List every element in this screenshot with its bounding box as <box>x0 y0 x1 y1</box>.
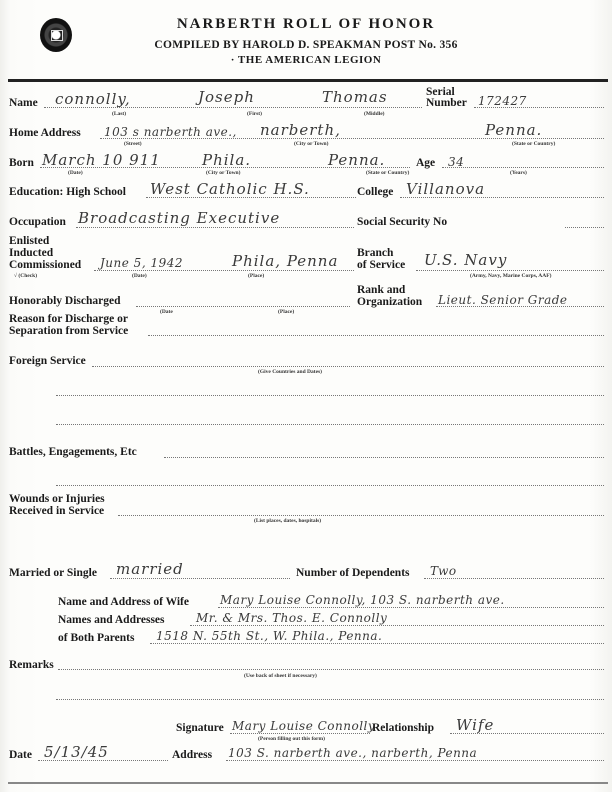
education-label: Education: High School <box>9 186 126 198</box>
branch-label-line1: Branch <box>357 247 393 259</box>
roll-of-honor-form: NARBERTH ROLL OF HONOR COMPILED BY HAROL… <box>0 0 612 792</box>
name-middle-hint: (Middle) <box>364 111 384 117</box>
high-school-value[interactable]: West Catholic H.S. <box>150 181 310 197</box>
name-last-value[interactable]: connolly, <box>55 91 131 107</box>
parents-line2-value[interactable]: 1518 N. 55th St., W. Phila., Penna. <box>156 628 382 644</box>
name-first-value[interactable]: Joseph <box>198 89 255 105</box>
age-label: Age <box>416 157 435 169</box>
born-date-hint: (Date) <box>68 170 83 176</box>
commissioned-label: Commissioned <box>9 259 81 271</box>
wounds-hint: (List places, dates, hospitals) <box>254 518 321 524</box>
name-label: Name <box>9 97 38 109</box>
marital-status-value[interactable]: married <box>116 561 184 577</box>
rank-label-line2: Organization <box>357 296 422 308</box>
branch-hint: (Army, Navy, Marine Corps, AAF) <box>470 273 551 279</box>
remarks-label: Remarks <box>9 659 54 671</box>
parents-line1-value[interactable]: Mr. & Mrs. Thos. E. Connolly <box>196 610 387 626</box>
signature-label: Signature <box>176 722 224 734</box>
rank-value[interactable]: Lieut. Senior Grade <box>438 292 568 308</box>
dependents-label: Number of Dependents <box>296 567 410 579</box>
street-hint: (Street) <box>124 141 142 147</box>
home-address-state-value[interactable]: Penna. <box>485 122 542 138</box>
remarks-hint: (Use back of sheet if necessary) <box>244 673 317 679</box>
address-label: Address <box>172 749 212 761</box>
wife-label: Name and Address of Wife <box>58 596 189 608</box>
discharge-date-hint: (Date <box>160 309 173 315</box>
born-city-hint: (City or Town) <box>206 170 240 176</box>
born-state-value[interactable]: Penna. <box>328 152 385 168</box>
form-organization: · THE AMERICAN LEGION <box>0 54 612 66</box>
social-security-label: Social Security No <box>357 216 447 228</box>
remarks-line-2[interactable] <box>56 699 604 700</box>
age-line <box>442 167 604 168</box>
remarks-line-1[interactable] <box>58 669 604 670</box>
discharge-reason-label-line1: Reason for Discharge or <box>9 313 128 325</box>
home-address-street-value[interactable]: 103 s narberth ave., <box>104 124 237 140</box>
social-security-line <box>565 227 604 228</box>
battles-line-2[interactable] <box>56 485 604 486</box>
born-city-value[interactable]: Phila. <box>202 152 251 168</box>
date-value[interactable]: 5/13/45 <box>44 744 109 760</box>
discharge-reason-label-line2: Separation from Service <box>9 325 128 337</box>
born-state-hint: (State or Country) <box>366 170 409 176</box>
parents-label-line2: of Both Parents <box>58 632 134 644</box>
wounds-label-line1: Wounds or Injuries <box>9 493 105 505</box>
signature-value[interactable]: Mary Louise Connolly <box>232 718 375 734</box>
serial-number-value[interactable]: 172427 <box>478 93 527 109</box>
inducted-label: Inducted <box>9 247 53 259</box>
parents-label-line1: Names and Addresses <box>58 614 165 626</box>
service-entry-place-value[interactable]: Phila, Penna <box>232 253 338 269</box>
service-entry-date-hint: (Date) <box>132 273 147 279</box>
home-address-label: Home Address <box>9 127 81 139</box>
battles-label: Battles, Engagements, Etc <box>9 446 137 458</box>
college-value[interactable]: Villanova <box>406 181 485 197</box>
marital-status-label: Married or Single <box>9 567 97 579</box>
signature-hint: (Person filling out this form) <box>258 736 325 742</box>
wife-value[interactable]: Mary Louise Connolly, 103 S. narberth av… <box>220 592 505 608</box>
occupation-label: Occupation <box>9 216 66 228</box>
service-entry-date-value[interactable]: June 5, 1942 <box>100 255 183 271</box>
foreign-service-hint: (Give Countries and Dates) <box>258 369 322 375</box>
address-value[interactable]: 103 S. narberth ave., narberth, Penna <box>228 745 477 761</box>
relationship-label: Relationship <box>372 722 434 734</box>
date-label: Date <box>9 749 32 761</box>
born-date-value[interactable]: March 10 911 <box>42 152 161 168</box>
header-divider <box>8 79 608 82</box>
college-label: College <box>357 186 393 198</box>
check-hint: √ (Check) <box>14 273 37 279</box>
foreign-service-line-2[interactable] <box>56 395 604 396</box>
serial-label-line2: Number <box>426 97 467 109</box>
name-first-hint: (First) <box>247 111 262 117</box>
branch-value[interactable]: U.S. Navy <box>424 252 507 268</box>
foreign-service-line-3[interactable] <box>56 424 604 425</box>
name-middle-value[interactable]: Thomas <box>322 89 388 105</box>
relationship-value[interactable]: Wife <box>456 717 494 733</box>
dependents-value[interactable]: Two <box>430 563 457 579</box>
rank-label-line1: Rank and <box>357 284 405 296</box>
age-hint: (Years) <box>510 170 527 176</box>
occupation-value[interactable]: Broadcasting Executive <box>78 210 280 226</box>
battles-line-1[interactable] <box>164 457 604 458</box>
form-subtitle: COMPILED BY HAROLD D. SPEAKMAN POST No. … <box>0 39 612 51</box>
wounds-line[interactable] <box>118 515 604 516</box>
branch-label-line2: of Service <box>357 259 405 271</box>
discharge-place-hint: (Place) <box>278 309 294 315</box>
wounds-label-line2: Received in Service <box>9 505 104 517</box>
born-label: Born <box>9 157 34 169</box>
discharge-line <box>136 306 350 307</box>
name-last-hint: (Last) <box>112 111 126 117</box>
form-title: NARBERTH ROLL OF HONOR <box>0 16 612 33</box>
city-hint: (City or Town) <box>294 141 328 147</box>
home-address-city-value[interactable]: narberth, <box>260 122 341 138</box>
honorably-discharged-label: Honorably Discharged <box>9 295 121 307</box>
marital-status-line <box>110 578 290 579</box>
branch-line <box>416 270 604 271</box>
foreign-service-line-1[interactable] <box>92 366 604 367</box>
enlisted-label: Enlisted <box>9 235 49 247</box>
age-value[interactable]: 34 <box>448 154 464 170</box>
service-entry-place-hint: (Place) <box>248 273 264 279</box>
foreign-service-label: Foreign Service <box>9 355 86 367</box>
state-hint: (State or Country) <box>512 141 555 147</box>
occupation-line <box>76 227 354 228</box>
discharge-reason-line[interactable] <box>148 335 604 336</box>
page-bottom-edge <box>8 782 608 784</box>
